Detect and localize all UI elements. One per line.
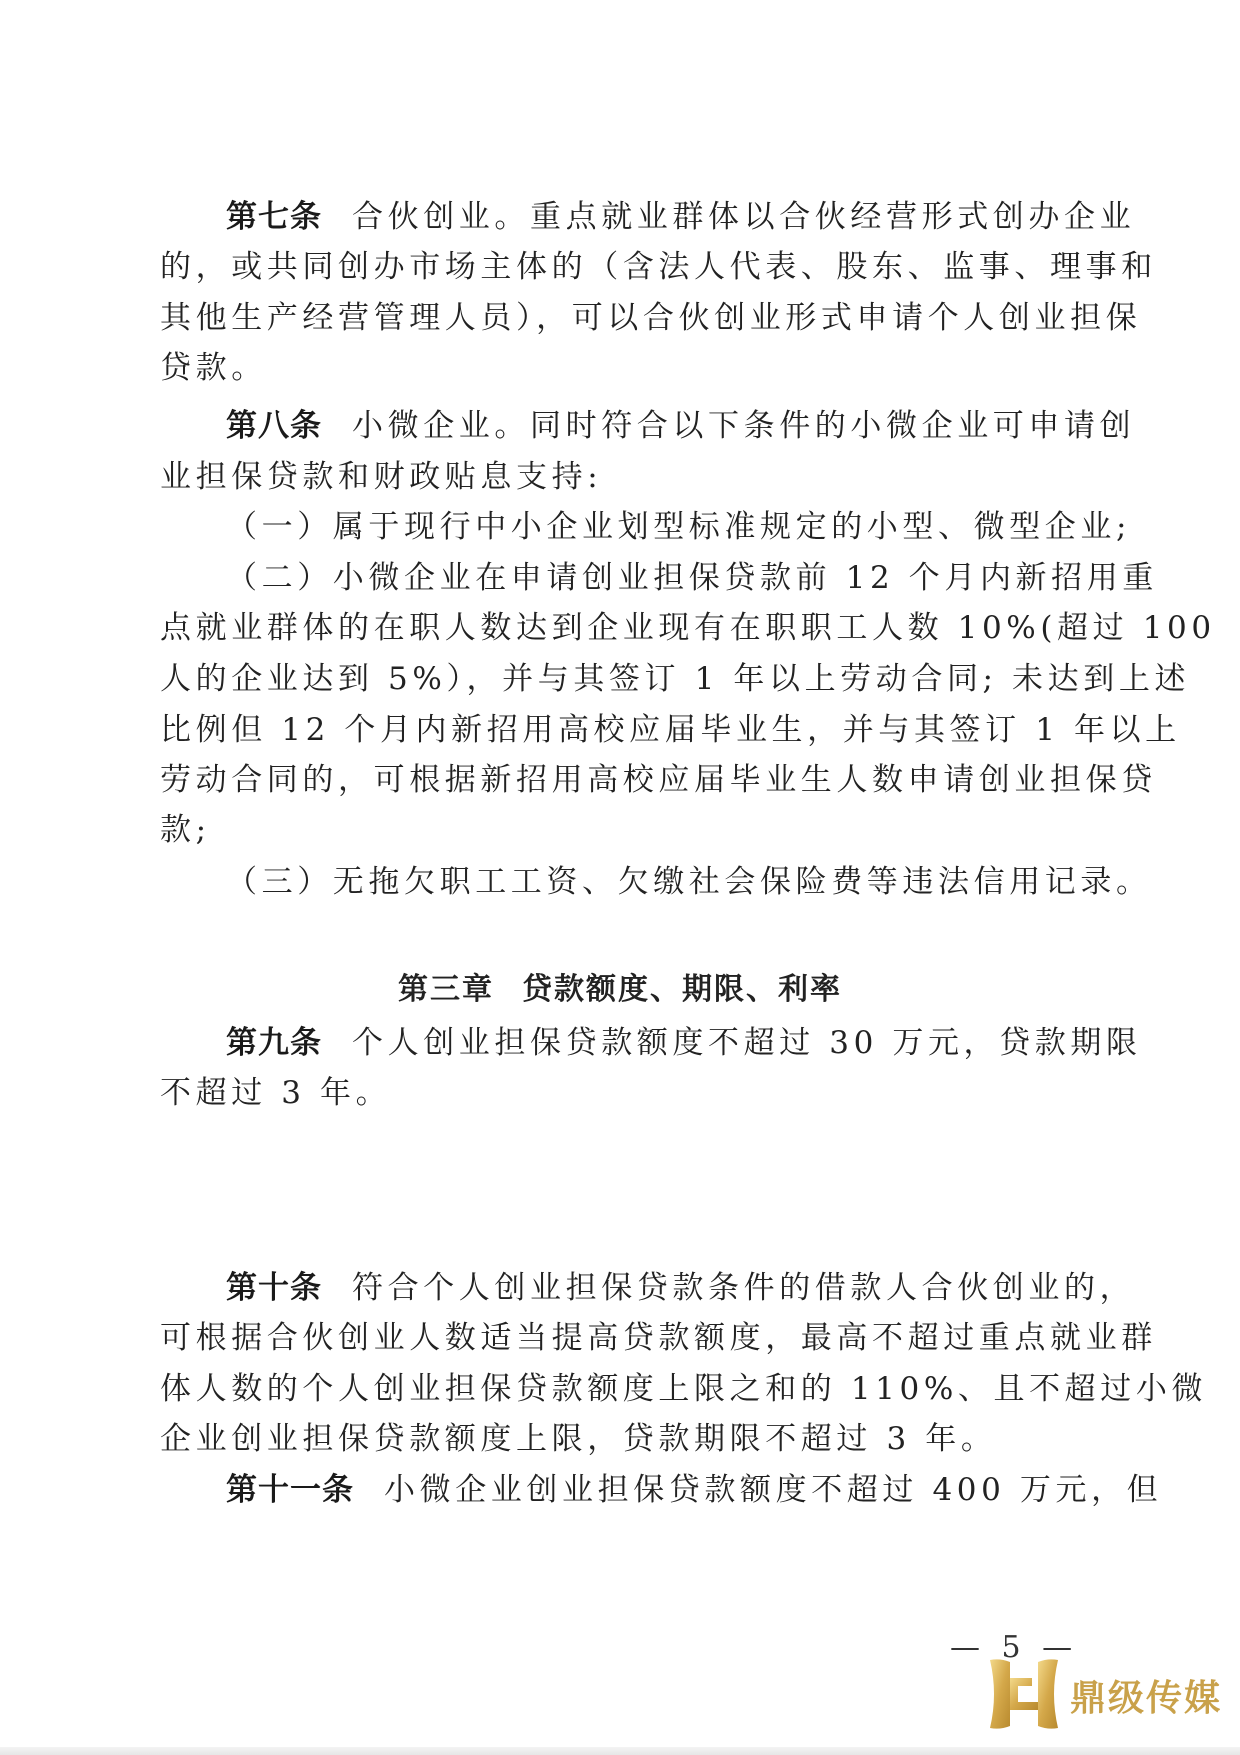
article-8-label: 第八条 <box>226 408 322 444</box>
article-10-line-2: 可根据合伙创业人数适当提高贷款额度，最高不超过重点就业群 <box>160 1316 1075 1360</box>
article-8-item-2-line-2: 点就业群体的在职人数达到企业现有在职职工人数 10%(超过 100 <box>160 606 1075 650</box>
article-7-line-1: 第七条合伙创业。重点就业群体以合伙经营形式创办企业 <box>226 195 1076 239</box>
article-10-line-1: 第十条符合个人创业担保贷款条件的借款人合伙创业的， <box>226 1266 1076 1310</box>
article-10-line-3: 体人数的个人创业担保贷款额度上限之和的 110%、且不超过小微 <box>160 1367 1075 1411</box>
article-7-label: 第七条 <box>226 199 322 235</box>
article-10-line-4: 企业创业担保贷款额度上限，贷款期限不超过 3 年。 <box>160 1417 1075 1461</box>
article-9-line-2: 不超过 3 年。 <box>160 1071 1075 1115</box>
article-11-line-1: 第十一条小微企业创业担保贷款额度不超过 400 万元，但 <box>226 1468 1076 1512</box>
chapter-number: 第三章 <box>398 972 494 1007</box>
watermark-logo: 鼎级传媒 <box>986 1656 1236 1732</box>
watermark-text: 鼎级传媒 <box>1070 1670 1222 1721</box>
article-7-line-4: 贷款。 <box>160 346 1075 390</box>
article-10-label: 第十条 <box>226 1270 322 1306</box>
article-9-label: 第九条 <box>226 1025 322 1061</box>
article-8-item-2-line-1: （二）小微企业在申请创业担保贷款前 12 个月内新招用重 <box>226 556 1076 600</box>
brand-logo-icon <box>986 1656 1062 1732</box>
article-8-item-2-line-4: 比例但 12 个月内新招用高校应届毕业生，并与其签订 1 年以上 <box>160 708 1075 752</box>
article-9-line-1: 第九条个人创业担保贷款额度不超过 30 万元，贷款期限 <box>226 1021 1076 1065</box>
article-7-line-2: 的，或共同创办市场主体的（含法人代表、股东、监事、理事和 <box>160 245 1075 289</box>
scan-edge <box>0 1747 1240 1755</box>
article-8-item-3: （三）无拖欠职工工资、欠缴社会保险费等违法信用记录。 <box>226 860 1076 904</box>
article-8-line-2: 业担保贷款和财政贴息支持: <box>160 455 1075 499</box>
chapter-title: 贷款额度、期限、利率 <box>522 972 842 1007</box>
article-8-item-2-line-6: 款; <box>160 808 1075 852</box>
chapter-heading: 第三章贷款额度、期限、利率 <box>0 968 1240 1012</box>
article-8-item-2-line-3: 人的企业达到 5%），并与其签订 1 年以上劳动合同; 未达到上述 <box>160 657 1075 701</box>
article-8-line-1: 第八条小微企业。同时符合以下条件的小微企业可申请创 <box>226 404 1076 448</box>
article-11-label: 第十一条 <box>226 1472 354 1508</box>
document-page: 第七条合伙创业。重点就业群体以合伙经营形式创办企业 的，或共同创办市场主体的（含… <box>0 0 1240 1755</box>
article-8-item-2-line-5: 劳动合同的，可根据新招用高校应届毕业生人数申请创业担保贷 <box>160 758 1075 802</box>
article-7-line-3: 其他生产经营管理人员），可以合伙创业形式申请个人创业担保 <box>160 296 1075 340</box>
article-8-item-1: （一）属于现行中小企业划型标准规定的小型、微型企业; <box>226 505 1076 549</box>
